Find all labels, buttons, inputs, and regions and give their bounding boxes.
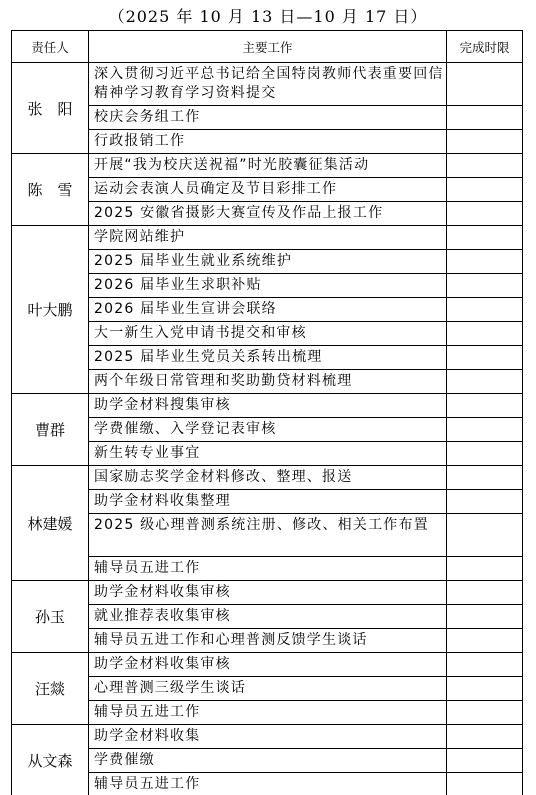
table-row: 辅导员五进工作和心理普测反馈学生谈话 — [12, 629, 523, 653]
deadline-cell — [447, 581, 523, 605]
table-row: 曹群助学金材料搜集审核 — [12, 394, 523, 418]
task-cell: 辅导员五进工作 — [89, 557, 447, 581]
table-row: 陈 雪开展“我为校庆送祝福”时光胶囊征集活动 — [12, 154, 523, 178]
header-deadline: 完成时限 — [447, 31, 523, 63]
task-cell: 校庆会务组工作 — [89, 106, 447, 130]
deadline-cell — [447, 178, 523, 202]
task-cell: 学费催缴 — [89, 749, 447, 773]
deadline-cell — [447, 298, 523, 322]
document-title: （2025 年 10 月 13 日—10 月 17 日） — [0, 4, 536, 27]
table-row: 2026 届毕业生宣讲会联络 — [12, 298, 523, 322]
task-cell: 大一新生入党申请书提交和审核 — [89, 322, 447, 346]
table-row: 新生转专业事宜 — [12, 442, 523, 466]
deadline-cell — [447, 226, 523, 250]
table-row: 行政报销工作 — [12, 130, 523, 154]
deadline-cell — [447, 629, 523, 653]
task-cell: 2025 安徽省摄影大赛宣传及作品上报工作 — [89, 202, 447, 226]
table-row: 辅导员五进工作 — [12, 701, 523, 725]
task-cell: 辅导员五进工作 — [89, 701, 447, 725]
table-header-row: 责任人 主要工作 完成时限 — [12, 31, 523, 63]
table-row: 学费催缴、入学登记表审核 — [12, 418, 523, 442]
task-cell: 助学金材料收集整理 — [89, 490, 447, 514]
owner-name: 曹群 — [12, 394, 89, 466]
table-row: 林建媛国家励志奖学金材料修改、整理、报送 — [12, 466, 523, 490]
table-row: 张 阳深入贯彻习近平总书记给全国特岗教师代表重要回信精神学习教育学习资料提交 — [12, 63, 523, 106]
task-cell: 新生转专业事宜 — [89, 442, 447, 466]
owner-name: 孙玉 — [12, 581, 89, 653]
task-cell: 2026 届毕业生宣讲会联络 — [89, 298, 447, 322]
deadline-cell — [447, 370, 523, 394]
header-work: 主要工作 — [89, 31, 447, 63]
table-row: 辅导员五进工作 — [12, 773, 523, 795]
table-body: 张 阳深入贯彻习近平总书记给全国特岗教师代表重要回信精神学习教育学习资料提交校庆… — [12, 63, 523, 795]
deadline-cell — [447, 63, 523, 106]
deadline-cell — [447, 466, 523, 490]
task-cell: 辅导员五进工作和心理普测反馈学生谈话 — [89, 629, 447, 653]
task-cell: 助学金材料收集审核 — [89, 653, 447, 677]
deadline-cell — [447, 106, 523, 130]
task-cell: 国家励志奖学金材料修改、整理、报送 — [89, 466, 447, 490]
table-row: 校庆会务组工作 — [12, 106, 523, 130]
table-row: 汪燚助学金材料收集审核 — [12, 653, 523, 677]
deadline-cell — [447, 773, 523, 795]
deadline-cell — [447, 130, 523, 154]
table-row: 心理普测三级学生谈话 — [12, 677, 523, 701]
deadline-cell — [447, 701, 523, 725]
table-row: 两个年级日常管理和奖助勤贷材料梳理 — [12, 370, 523, 394]
task-cell: 学费催缴、入学登记表审核 — [89, 418, 447, 442]
deadline-cell — [447, 202, 523, 226]
table-row: 孙玉助学金材料收集审核 — [12, 581, 523, 605]
owner-name: 从文森 — [12, 725, 89, 795]
deadline-cell — [447, 557, 523, 581]
owner-name: 汪燚 — [12, 653, 89, 725]
table-row: 就业推荐表收集审核 — [12, 605, 523, 629]
deadline-cell — [447, 490, 523, 514]
task-cell: 行政报销工作 — [89, 130, 447, 154]
table-row: 运动会表演人员确定及节目彩排工作 — [12, 178, 523, 202]
table-row: 叶大鹏学院网站维护 — [12, 226, 523, 250]
table-row: 辅导员五进工作 — [12, 557, 523, 581]
deadline-cell — [447, 514, 523, 557]
table-row: 2025 安徽省摄影大赛宣传及作品上报工作 — [12, 202, 523, 226]
deadline-cell — [447, 322, 523, 346]
deadline-cell — [447, 725, 523, 749]
owner-name: 张 阳 — [12, 63, 89, 154]
deadline-cell — [447, 154, 523, 178]
task-cell: 2025 级心理普测系统注册、修改、相关工作布置 — [89, 514, 447, 557]
table-row: 助学金材料收集整理 — [12, 490, 523, 514]
deadline-cell — [447, 418, 523, 442]
deadline-cell — [447, 346, 523, 370]
task-cell: 2025 届毕业生就业系统维护 — [89, 250, 447, 274]
deadline-cell — [447, 605, 523, 629]
work-schedule-table: 责任人 主要工作 完成时限 张 阳深入贯彻习近平总书记给全国特岗教师代表重要回信… — [11, 30, 523, 795]
task-cell: 助学金材料收集 — [89, 725, 447, 749]
deadline-cell — [447, 653, 523, 677]
task-cell: 2026 届毕业生求职补贴 — [89, 274, 447, 298]
task-cell: 辅导员五进工作 — [89, 773, 447, 795]
task-cell: 学院网站维护 — [89, 226, 447, 250]
task-cell: 2025 届毕业生党员关系转出梳理 — [89, 346, 447, 370]
table-row: 2025 届毕业生党员关系转出梳理 — [12, 346, 523, 370]
table-row: 大一新生入党申请书提交和审核 — [12, 322, 523, 346]
deadline-cell — [447, 677, 523, 701]
header-owner: 责任人 — [12, 31, 89, 63]
table-row: 2026 届毕业生求职补贴 — [12, 274, 523, 298]
task-cell: 运动会表演人员确定及节目彩排工作 — [89, 178, 447, 202]
task-cell: 开展“我为校庆送祝福”时光胶囊征集活动 — [89, 154, 447, 178]
task-cell: 助学金材料收集审核 — [89, 581, 447, 605]
task-cell: 助学金材料搜集审核 — [89, 394, 447, 418]
table-row: 2025 级心理普测系统注册、修改、相关工作布置 — [12, 514, 523, 557]
task-cell: 心理普测三级学生谈话 — [89, 677, 447, 701]
task-cell: 深入贯彻习近平总书记给全国特岗教师代表重要回信精神学习教育学习资料提交 — [89, 63, 447, 106]
owner-name: 陈 雪 — [12, 154, 89, 226]
owner-name: 林建媛 — [12, 466, 89, 581]
table-row: 学费催缴 — [12, 749, 523, 773]
deadline-cell — [447, 394, 523, 418]
deadline-cell — [447, 250, 523, 274]
table-row: 从文森助学金材料收集 — [12, 725, 523, 749]
deadline-cell — [447, 442, 523, 466]
task-cell: 就业推荐表收集审核 — [89, 605, 447, 629]
deadline-cell — [447, 749, 523, 773]
owner-name: 叶大鹏 — [12, 226, 89, 394]
task-cell: 两个年级日常管理和奖助勤贷材料梳理 — [89, 370, 447, 394]
deadline-cell — [447, 274, 523, 298]
table-row: 2025 届毕业生就业系统维护 — [12, 250, 523, 274]
